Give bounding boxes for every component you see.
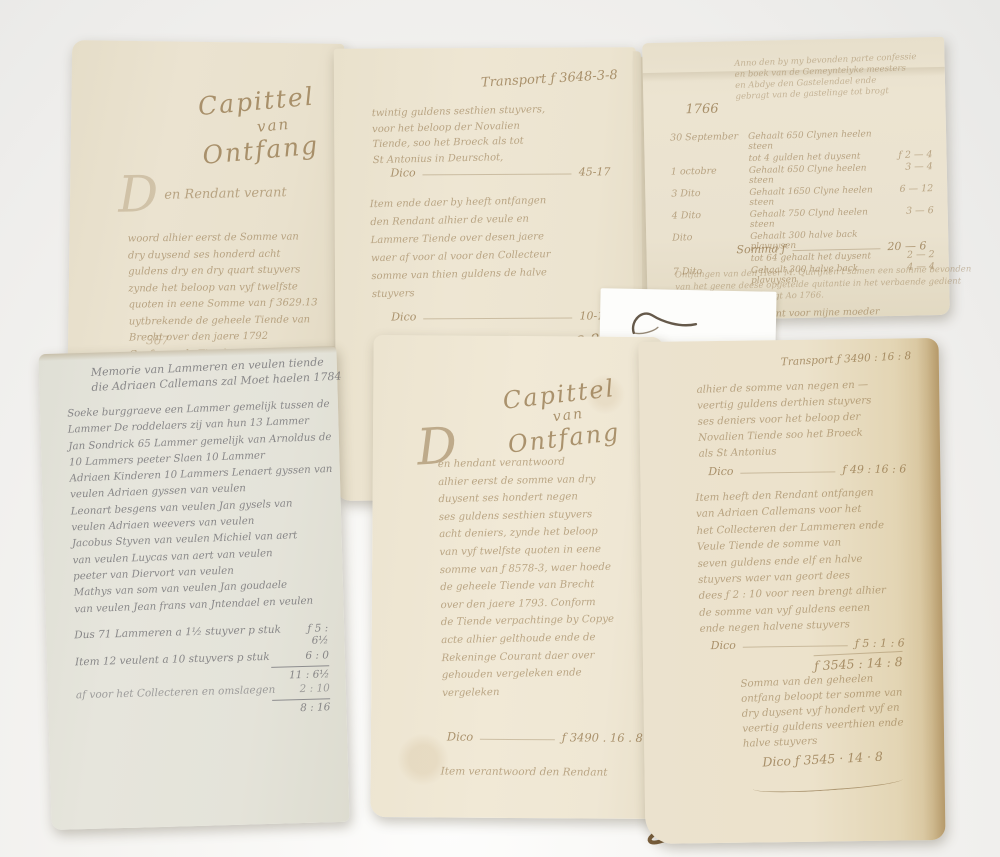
flourished-initial: D xyxy=(118,165,159,224)
dico-amount-row: Dico 10-18 xyxy=(391,309,611,323)
tally-amount: 3 — 6 xyxy=(876,205,934,217)
entry-paragraph: Item heeft den Rendant ontfangenvan Adri… xyxy=(695,485,887,638)
manuscript-tally-note-1766: Anno den by my bevonden parte confessiee… xyxy=(642,37,950,321)
tally-amount: 3 — 4 xyxy=(875,161,933,173)
deduction-amount: 2 : 10 xyxy=(289,682,330,695)
dico-label: Dico xyxy=(390,166,415,179)
manuscript-transport-page-2: Transport ƒ 3490 : 16 : 8 alhier de somm… xyxy=(639,338,946,844)
amount-value: ƒ 49 : 16 : 6 xyxy=(842,462,906,476)
dash-fill xyxy=(793,248,881,251)
manuscript-memorie-lammeren: Memorie van Lammeren en veulen tiende di… xyxy=(38,346,349,830)
footer-line: Item verantwoord den Rendant xyxy=(441,765,608,778)
sum-amount: ƒ 5 : 6½ xyxy=(295,622,329,647)
heading-word: Ontfang xyxy=(201,130,320,169)
chapter-heading: Capittel van Ontfang xyxy=(197,82,321,170)
dico-label: Dico xyxy=(711,639,736,652)
dico-label: Dico xyxy=(708,465,733,478)
manuscript-chapter-page-1793: Capittel van Ontfang D en hendant verant… xyxy=(370,335,663,819)
somma-label: Somma ƒ xyxy=(736,242,785,256)
memo-body: Soeke burggraeve een Lammer gemelijk tus… xyxy=(67,397,329,618)
transport-label: Transport xyxy=(481,72,547,91)
somma-amount: 20 — 6 xyxy=(887,239,926,253)
transport-amount: ƒ 3648-3-8 xyxy=(550,68,618,87)
flourish-underline xyxy=(752,773,903,796)
sum-label: Dus 71 Lammeren a 1½ stuyver p stuk xyxy=(74,624,281,642)
tally-date xyxy=(673,261,751,263)
dash-fill xyxy=(480,739,555,741)
final-total: Dico ƒ 3545 · 14 · 8 xyxy=(762,749,883,770)
tally-description: Gehaalt 650 Clyne heelen steen xyxy=(749,163,875,186)
tally-table: 30 September Gehaalt 650 Clynen heelen s… xyxy=(670,127,935,288)
dico-amount-row: Dico ƒ 3490 . 16 . 8 xyxy=(447,730,643,745)
handwritten-line: woord alhier eerst de Somme van xyxy=(128,229,328,248)
memo-sums: Dus 71 Lammeren a 1½ stuyver p stuk ƒ 5 … xyxy=(74,622,330,722)
handwritten-line: vergeleken xyxy=(442,681,642,702)
year-label: 1766 xyxy=(685,102,718,118)
page-mark: 367 xyxy=(146,333,169,347)
dico-amount-row: Dico 45-17 xyxy=(390,165,610,179)
handwritten-line: uytbrekende de geheele Tiende van xyxy=(129,312,329,331)
sum-amount: 6 : 0 xyxy=(283,649,329,662)
tally-amount xyxy=(874,135,932,136)
manuscript-photo-scene: Capittel van Ontfang Den Rendant verant … xyxy=(0,0,1000,857)
body-paragraph: en hendant verantwoordalhier eerst de so… xyxy=(438,452,643,702)
note-header: Anno den by my bevonden parte confessiee… xyxy=(734,51,936,103)
tally-date: 1 octobre xyxy=(671,165,749,178)
amount-value: ƒ 3490 . 16 . 8 xyxy=(562,730,643,745)
sum-rows: Dus 71 Lammeren a 1½ stuyver p stuk ƒ 5 … xyxy=(74,622,329,669)
tally-date: 4 Dito xyxy=(672,209,750,222)
final-value: 8 : 16 xyxy=(76,701,330,720)
dico-label: Dico xyxy=(447,730,473,744)
opening-line: Den Rendant verant xyxy=(118,172,287,214)
tally-description: Gehaalt 1650 Clyne heelen steen xyxy=(749,185,875,208)
entry-paragraph: alhier de somme van negen en —veertig gu… xyxy=(696,377,873,462)
sum-row: Dus 71 Lammeren a 1½ stuyver p stuk ƒ 5 … xyxy=(74,622,329,653)
tally-description: Gehaalt 650 Clynen heelen steen xyxy=(748,129,874,152)
binding-cord xyxy=(628,307,701,341)
entry-paragraph: twintig guldens sesthien stuyvers,voor h… xyxy=(372,102,547,168)
dico-amount-row: Dico ƒ 49 : 16 : 6 xyxy=(708,462,906,478)
closing-paragraph: Somma van den geheelenontfang beloopt te… xyxy=(740,670,904,751)
dash-fill xyxy=(423,318,572,320)
tally-amount xyxy=(876,235,934,236)
tally-date xyxy=(671,161,749,163)
tally-amount: ƒ 2 — 4 xyxy=(874,149,932,161)
dico-label: Dico xyxy=(391,310,416,323)
memo-title: Memorie van Lammeren en veulen tiende di… xyxy=(90,354,341,395)
handwritten-line: quoten in eene Somme van f 3629.13 xyxy=(128,295,328,314)
manuscript-chapter-page-1792: Capittel van Ontfang Den Rendant verant … xyxy=(68,40,344,366)
tally-amount: 6 — 12 xyxy=(875,183,933,195)
dash-fill xyxy=(740,471,835,473)
tally-date: 3 Dito xyxy=(671,187,749,200)
transport-header: Transport ƒ 3490 : 16 : 8 xyxy=(780,350,911,368)
dash-fill xyxy=(423,174,572,176)
handwritten-line: stuyvers xyxy=(372,282,552,304)
sum-label: Item 12 veulent a 10 stuyvers p stuk xyxy=(75,651,270,668)
tally-description: Gehaalt 750 Clynd heelen steen xyxy=(750,207,876,230)
amount-value: ƒ 5 : 1 : 6 xyxy=(855,636,905,650)
entry-paragraph: Item ende daer by heeft ontfangenden Ren… xyxy=(370,192,552,304)
tally-date: Dito xyxy=(672,231,750,244)
dash-fill xyxy=(743,645,848,647)
chapter-heading: Capittel van Ontfang xyxy=(501,374,621,458)
transport-header: Transport ƒ 3648-3-8 xyxy=(481,68,618,91)
amount-value: 45-17 xyxy=(579,165,611,178)
sum-rule xyxy=(272,698,330,701)
dico-amount-row: Dico ƒ 5 : 1 : 6 xyxy=(711,636,905,652)
tally-date: 30 September xyxy=(670,131,748,144)
sum-rule xyxy=(271,665,329,668)
handwritten-line: guldens dry en dry quart stuyvers xyxy=(128,262,328,281)
